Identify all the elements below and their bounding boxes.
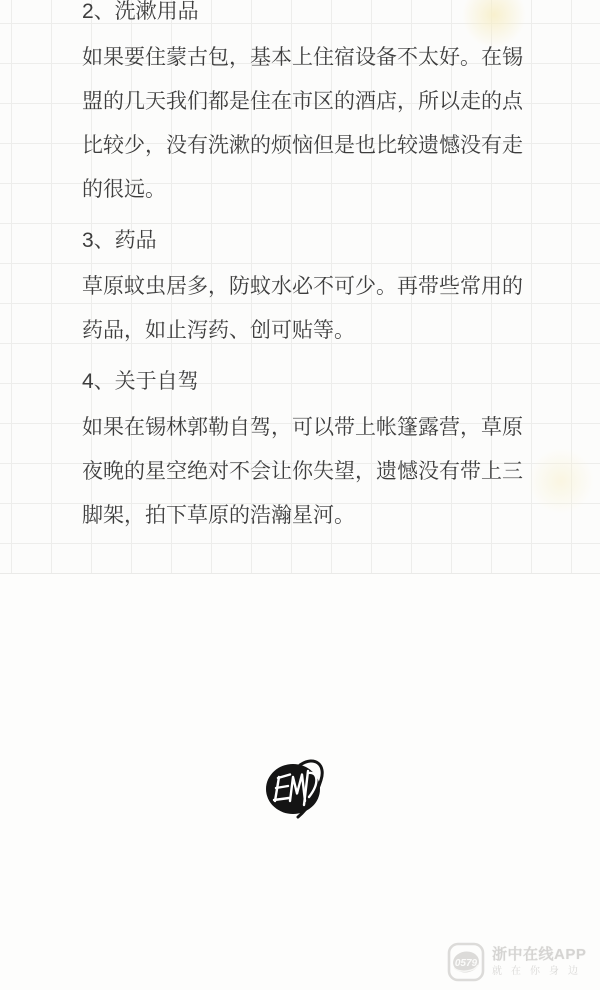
app-watermark-text: 浙中在线APP 就在你身边: [492, 946, 587, 978]
article-body: 2、洗漱用品 如果要住蒙古包，基本上住宿设备不太好。在锡盟的几天我们都是住在市区…: [82, 0, 528, 545]
app-watermark-icon: 0579: [447, 941, 485, 983]
paragraph-medicine: 草原蚊虫居多，防蚊水必不可少。再带些常用的药品，如止泻药、创可贴等。: [82, 265, 528, 353]
section-heading-toiletries: 2、洗漱用品: [82, 0, 528, 34]
paragraph-selfdrive: 如果在锡林郭勒自驾，可以带上帐篷露营，草原夜晚的星空绝对不会让你失望，遗憾没有带…: [82, 406, 528, 538]
emd-logo-icon: [265, 757, 329, 821]
watermark-app-name: 浙中在线APP: [492, 946, 587, 963]
section-heading-medicine: 3、药品: [82, 219, 528, 263]
paragraph-toiletries: 如果要住蒙古包，基本上住宿设备不太好。在锡盟的几天我们都是住在市区的酒店，所以走…: [82, 36, 528, 212]
watermark-slogan: 就在你身边: [492, 966, 587, 978]
article-page: 2、洗漱用品 如果要住蒙古包，基本上住宿设备不太好。在锡盟的几天我们都是住在市区…: [0, 0, 600, 990]
emd-logo: EMD: [265, 757, 329, 821]
app-watermark: 0579 浙中在线APP 就在你身边: [447, 941, 587, 983]
watermark-icon-text: 0579: [455, 958, 478, 969]
section-heading-selfdrive: 4、关于自驾: [82, 360, 528, 404]
